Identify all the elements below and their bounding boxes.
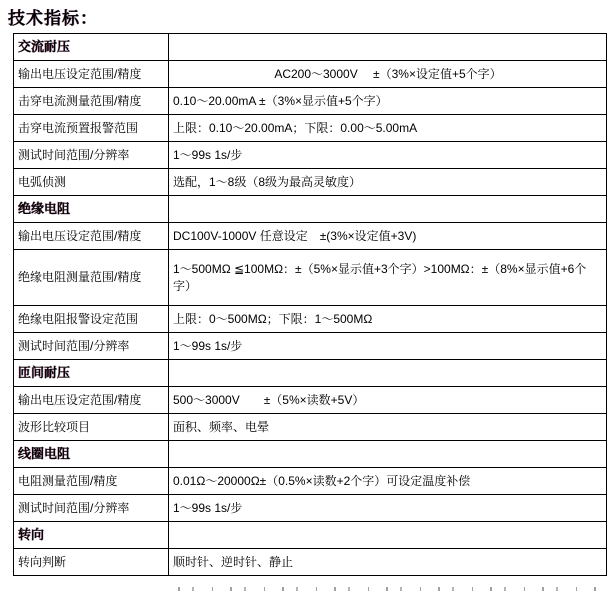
table-row: 绝缘电阻测量范围/精度1～500MΩ ≦100MΩ：±（5%×显示值+3个字）>…	[14, 250, 607, 306]
spec-name-cell: 测试时间范围/分辨率	[14, 333, 169, 360]
spec-name-cell: 电弧侦测	[14, 169, 169, 196]
table-row: 电阻测量范围/精度0.01Ω～20000Ω±（0.5%×读数+2个字）可设定温度…	[14, 468, 607, 495]
table-row: 击穿电流预置报警范围上限：0.10～20.00mA；下限：0.00～5.00mA	[14, 115, 607, 142]
section-header-cell: 转向	[14, 522, 169, 549]
section-row: 绝缘电阻	[14, 196, 607, 223]
spec-value-cell: 上限：0～500MΩ；下限：1～500MΩ	[169, 306, 607, 333]
spec-name-cell: 测试时间范围/分辨率	[14, 142, 169, 169]
spec-name-cell: 波形比较项目	[14, 414, 169, 441]
spec-value-cell: 上限：0.10～20.00mA；下限：0.00～5.00mA	[169, 115, 607, 142]
table-row: 输出电压设定范围/精度500～3000V ±（5%×读数+5V）	[14, 387, 607, 414]
spec-name-cell: 击穿电流测量范围/精度	[14, 88, 169, 115]
table-row: 测试时间范围/分辨率1～99s 1s/步	[14, 333, 607, 360]
spec-value-cell: 顺时针、逆时针、静止	[169, 549, 607, 576]
spec-value-cell: 1～99s 1s/步	[169, 495, 607, 522]
clipped-text-fragment	[178, 587, 608, 591]
table-row: 波形比较项目面积、频率、电晕	[14, 414, 607, 441]
spec-value-cell: 1～500MΩ ≦100MΩ：±（5%×显示值+3个字）>100MΩ：±（8%×…	[169, 250, 607, 306]
spec-name-cell: 输出电压设定范围/精度	[14, 61, 169, 88]
spec-name-cell: 击穿电流预置报警范围	[14, 115, 169, 142]
page-title: 技术指标：	[8, 4, 98, 29]
spec-value-cell	[169, 360, 607, 387]
spec-name-cell: 电阻测量范围/精度	[14, 468, 169, 495]
section-row: 匝间耐压	[14, 360, 607, 387]
spec-value-cell: 1～99s 1s/步	[169, 333, 607, 360]
spec-value-cell	[169, 522, 607, 549]
table-row: 输出电压设定范围/精度AC200～3000V ±（3%×设定值+5个字）	[14, 61, 607, 88]
spec-name-cell: 转向判断	[14, 549, 169, 576]
section-header-cell: 交流耐压	[14, 34, 169, 61]
spec-value-cell: 0.10～20.00mA ±（3%×显示值+5个字）	[169, 88, 607, 115]
spec-value-cell: 1～99s 1s/步	[169, 142, 607, 169]
table-row: 转向判断顺时针、逆时针、静止	[14, 549, 607, 576]
spec-value-cell: AC200～3000V ±（3%×设定值+5个字）	[169, 61, 607, 88]
table-row: 绝缘电阻报警设定范围上限：0～500MΩ；下限：1～500MΩ	[14, 306, 607, 333]
spec-value-cell	[169, 34, 607, 61]
section-header-cell: 线圈电阻	[14, 441, 169, 468]
table-row: 击穿电流测量范围/精度0.10～20.00mA ±（3%×显示值+5个字）	[14, 88, 607, 115]
table-row: 输出电压设定范围/精度DC100V-1000V 任意设定 ±(3%×设定值+3V…	[14, 223, 607, 250]
section-row: 交流耐压	[14, 34, 607, 61]
spec-value-cell: 面积、频率、电晕	[169, 414, 607, 441]
spec-table-body: 交流耐压输出电压设定范围/精度AC200～3000V ±（3%×设定值+5个字）…	[14, 34, 607, 576]
spec-name-cell: 输出电压设定范围/精度	[14, 223, 169, 250]
section-row: 线圈电阻	[14, 441, 607, 468]
spec-name-cell: 绝缘电阻报警设定范围	[14, 306, 169, 333]
table-row: 测试时间范围/分辨率1～99s 1s/步	[14, 495, 607, 522]
spec-value-cell: DC100V-1000V 任意设定 ±(3%×设定值+3V)	[169, 223, 607, 250]
spec-value-cell	[169, 196, 607, 223]
spec-name-cell: 绝缘电阻测量范围/精度	[14, 250, 169, 306]
spec-value-cell	[169, 441, 607, 468]
section-header-cell: 匝间耐压	[14, 360, 169, 387]
table-row: 测试时间范围/分辨率1～99s 1s/步	[14, 142, 607, 169]
spec-name-cell: 输出电压设定范围/精度	[14, 387, 169, 414]
section-header-cell: 绝缘电阻	[14, 196, 169, 223]
spec-value-cell: 0.01Ω～20000Ω±（0.5%×读数+2个字）可设定温度补偿	[169, 468, 607, 495]
spec-name-cell: 测试时间范围/分辨率	[14, 495, 169, 522]
section-row: 转向	[14, 522, 607, 549]
spec-value-cell: 500～3000V ±（5%×读数+5V）	[169, 387, 607, 414]
spec-table: 交流耐压输出电压设定范围/精度AC200～3000V ±（3%×设定值+5个字）…	[13, 33, 607, 576]
spec-value-cell: 选配，1～8级（8级为最高灵敏度）	[169, 169, 607, 196]
table-row: 电弧侦测选配，1～8级（8级为最高灵敏度）	[14, 169, 607, 196]
